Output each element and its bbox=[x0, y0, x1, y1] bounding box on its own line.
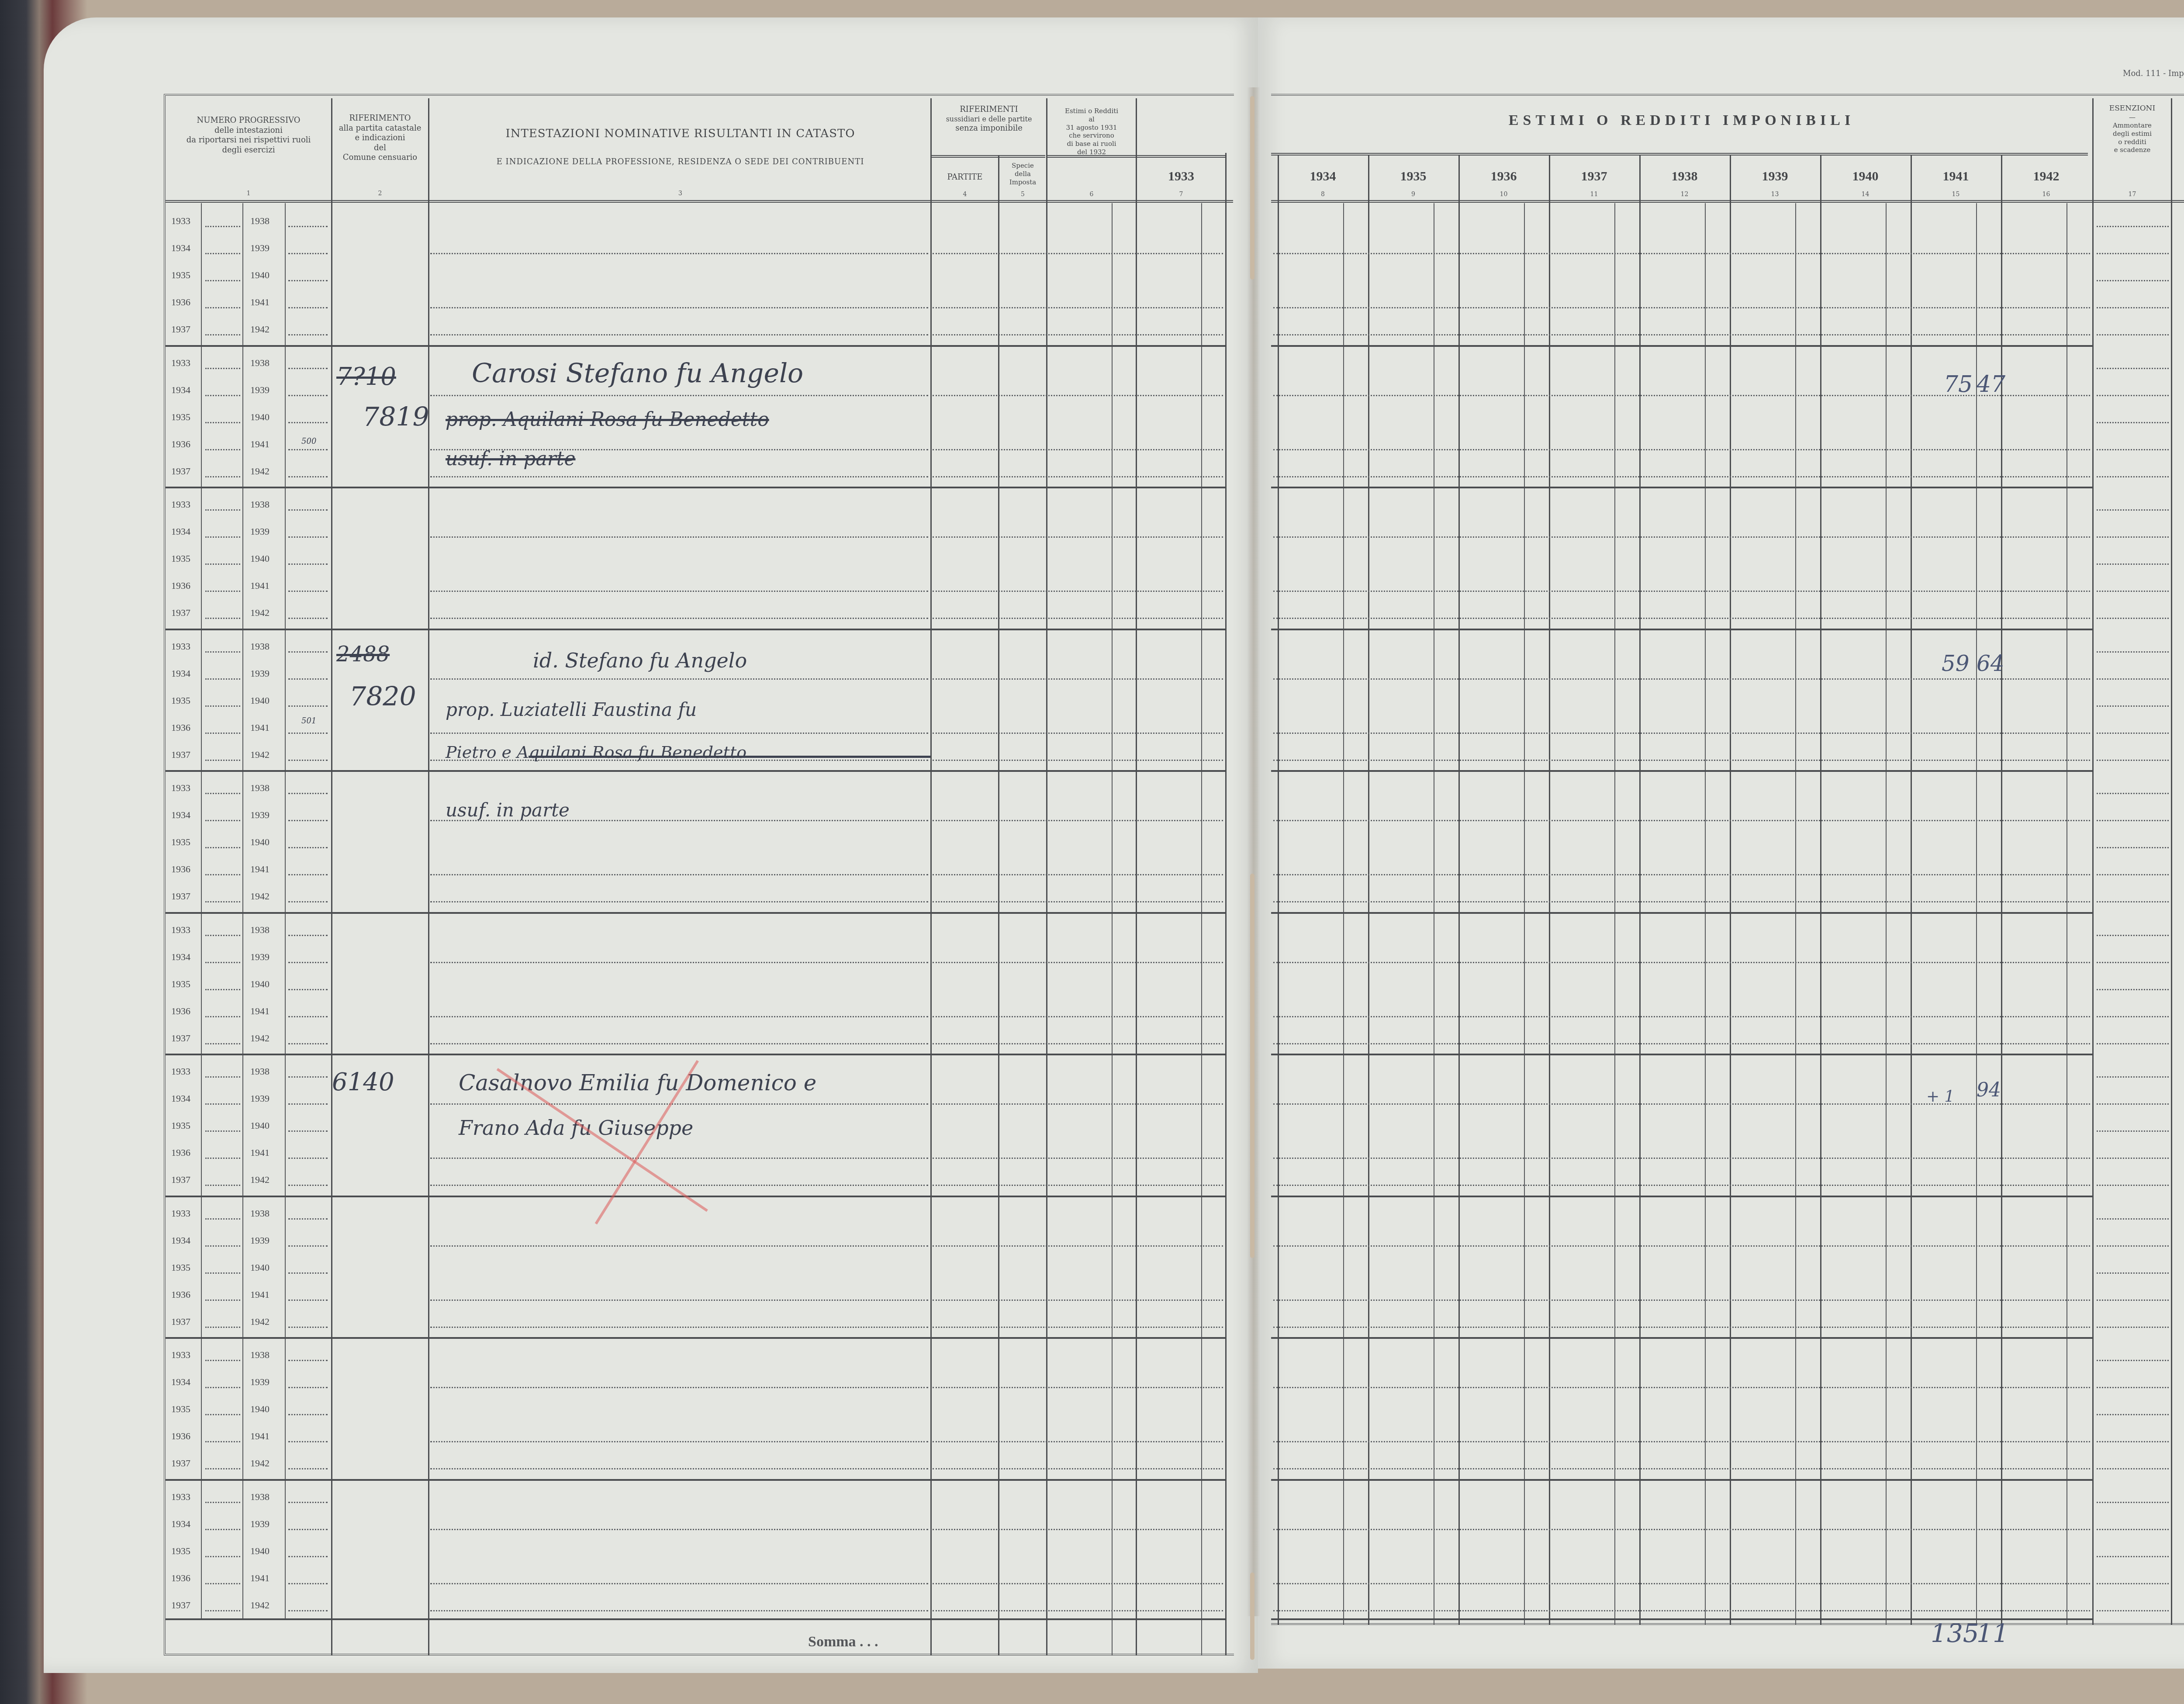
dotted-line bbox=[2097, 1185, 2169, 1186]
header-title: RIFERIMENTI bbox=[932, 105, 1046, 115]
dotted-line bbox=[2097, 618, 2169, 619]
dotted-line bbox=[288, 334, 328, 335]
dotted-line bbox=[2097, 1272, 2169, 1274]
dotted-line bbox=[1273, 1300, 2090, 1301]
year-label: 1937 bbox=[171, 607, 190, 619]
year-label: 1933 bbox=[171, 641, 190, 652]
dotted-line bbox=[2097, 280, 2169, 281]
dotted-line bbox=[1273, 1610, 2090, 1611]
col-divider bbox=[1795, 203, 1796, 1625]
dotted-line bbox=[933, 1158, 1223, 1159]
binding-stitch bbox=[1250, 874, 1254, 1258]
year-label: 1936 bbox=[171, 1006, 190, 1017]
dotted-line bbox=[205, 678, 240, 680]
col-divider bbox=[201, 203, 202, 1618]
dotted-line bbox=[933, 395, 1223, 396]
column-number: 6 bbox=[1047, 191, 1136, 198]
year-label: 1939 bbox=[250, 1518, 270, 1530]
block-rule bbox=[1271, 487, 2092, 488]
dotted-line bbox=[933, 1327, 1223, 1328]
dotted-line bbox=[288, 1610, 328, 1611]
header-intestazioni-subtitle: E INDICAZIONE DELLA PROFESSIONE, RESIDEN… bbox=[430, 157, 930, 167]
dotted-line bbox=[430, 1441, 928, 1442]
dotted-line bbox=[205, 368, 240, 369]
dotted-line bbox=[288, 1556, 328, 1557]
value-1941-lire: 59 bbox=[1942, 651, 1970, 676]
dotted-line bbox=[205, 449, 240, 450]
dotted-line bbox=[2097, 253, 2169, 254]
dotted-line bbox=[205, 226, 240, 227]
dotted-line bbox=[430, 1103, 928, 1105]
year-label: 1938 bbox=[250, 1491, 270, 1503]
dotted-line bbox=[933, 1103, 1223, 1105]
dotted-line bbox=[2097, 820, 2169, 821]
year-label: 1939 bbox=[250, 384, 270, 396]
dotted-line bbox=[288, 935, 328, 936]
year-label: 1939 bbox=[250, 1376, 270, 1388]
dotted-line bbox=[933, 1441, 1223, 1442]
dotted-line bbox=[205, 1218, 240, 1220]
dotted-line bbox=[2097, 793, 2169, 794]
year-label: 1934 bbox=[171, 1235, 190, 1246]
column-number: 4 bbox=[932, 191, 998, 198]
col-divider bbox=[1458, 155, 1460, 1625]
block-rule bbox=[165, 629, 1227, 630]
year-label: 1941 bbox=[250, 439, 270, 450]
dotted-line bbox=[2097, 733, 2169, 734]
year-label: 1937 bbox=[171, 891, 190, 902]
dotted-line bbox=[933, 760, 1223, 761]
header-year: 1938 bbox=[1639, 168, 1730, 185]
year-label: 1938 bbox=[250, 1349, 270, 1361]
year-label: 1942 bbox=[250, 1033, 270, 1044]
dotted-line bbox=[1273, 1327, 2090, 1328]
col-divider bbox=[1046, 98, 1047, 1656]
dotted-line bbox=[288, 1360, 328, 1361]
year-label: 1940 bbox=[250, 553, 270, 564]
dotted-line bbox=[205, 307, 240, 308]
year-label: 1934 bbox=[171, 242, 190, 254]
dotted-line bbox=[205, 563, 240, 565]
dotted-line bbox=[2097, 1529, 2169, 1530]
header-line: che servirono bbox=[1047, 131, 1136, 140]
year-label: 1936 bbox=[171, 1431, 190, 1442]
block-rule bbox=[1271, 912, 2092, 914]
col-divider bbox=[1705, 203, 1706, 1625]
col-divider bbox=[1820, 155, 1821, 1625]
header-line: delle intestazioni bbox=[166, 126, 331, 136]
col-divider bbox=[1368, 155, 1369, 1625]
header-specie-imposta: Specie della Imposta bbox=[999, 162, 1046, 186]
dotted-line bbox=[288, 395, 328, 396]
year-label: 1941 bbox=[250, 1289, 270, 1300]
binding-stitch bbox=[1250, 1573, 1254, 1660]
dotted-line bbox=[933, 874, 1223, 875]
dotted-line bbox=[288, 1043, 328, 1044]
col-divider bbox=[1730, 155, 1731, 1625]
right-table-frame bbox=[1271, 94, 2184, 1625]
header-line: al bbox=[1047, 115, 1136, 124]
year-label: 1937 bbox=[171, 466, 190, 477]
header-line: 31 agosto 1931 bbox=[1047, 124, 1136, 132]
dotted-line bbox=[2097, 935, 2169, 936]
col-divider bbox=[1911, 155, 1912, 1625]
dotted-line bbox=[205, 253, 240, 254]
dotted-line bbox=[205, 1016, 240, 1017]
total-1941-lire: 135 bbox=[1931, 1618, 1979, 1648]
dotted-line bbox=[2097, 1327, 2169, 1328]
dotted-line bbox=[288, 1158, 328, 1159]
taxpayer-name-line: usuf. in parte bbox=[446, 448, 576, 470]
dotted-line bbox=[1273, 618, 2090, 619]
header-subrule bbox=[932, 155, 1045, 158]
header-line: degli esercizi bbox=[166, 145, 331, 156]
year-label: 1938 bbox=[250, 924, 270, 936]
dotted-line bbox=[288, 847, 328, 848]
value-1941-cent: 64 bbox=[1977, 651, 2004, 676]
dotted-line bbox=[2097, 847, 2169, 848]
sum-label: Somma . . . bbox=[808, 1634, 878, 1650]
dotted-line bbox=[1273, 591, 2090, 592]
dotted-line bbox=[288, 733, 328, 734]
dotted-line bbox=[2097, 422, 2169, 423]
dotted-line bbox=[205, 1103, 240, 1105]
form-model-label: Mod. 111 - Imposte Dirette (Intercalare)… bbox=[2123, 69, 2184, 78]
dotted-line bbox=[205, 962, 240, 963]
dotted-line bbox=[205, 591, 240, 592]
dotted-line bbox=[430, 1583, 928, 1584]
dotted-line bbox=[1273, 1529, 2090, 1530]
header-year: 1935 bbox=[1368, 168, 1458, 185]
year-label: 1942 bbox=[250, 1458, 270, 1469]
col-divider bbox=[1278, 155, 1279, 1625]
dotted-line bbox=[933, 1468, 1223, 1469]
header-line: senza imponibile bbox=[932, 124, 1046, 134]
dotted-line bbox=[2097, 874, 2169, 875]
dotted-line bbox=[1273, 733, 2090, 734]
header-line: Estimi o Redditi bbox=[1047, 107, 1136, 115]
dotted-line bbox=[288, 1130, 328, 1132]
dotted-line bbox=[2097, 1502, 2169, 1503]
block-rule bbox=[1271, 345, 2092, 347]
col-divider bbox=[998, 155, 999, 1656]
dotted-line bbox=[205, 733, 240, 734]
dotted-line bbox=[430, 1468, 928, 1469]
sum-rule bbox=[165, 1618, 1227, 1620]
year-label: 1940 bbox=[250, 1262, 270, 1273]
column-number: 5 bbox=[999, 191, 1046, 198]
dotted-line bbox=[933, 449, 1223, 450]
value-1941-lire: 75 bbox=[1944, 371, 1973, 397]
dotted-line bbox=[2097, 509, 2169, 511]
dotted-line bbox=[205, 1245, 240, 1247]
col-divider bbox=[2171, 98, 2172, 1625]
year-label: 1933 bbox=[171, 1208, 190, 1219]
header-line: e scadenze bbox=[2094, 146, 2171, 154]
year-label: 1934 bbox=[171, 1093, 190, 1104]
year-label: 1935 bbox=[171, 553, 190, 564]
year-label: 1939 bbox=[250, 668, 270, 679]
dotted-line bbox=[288, 307, 328, 308]
year-label: 1941 bbox=[250, 580, 270, 591]
dotted-line bbox=[2097, 901, 2169, 902]
total-1941-cent: 11 bbox=[1977, 1618, 2009, 1648]
block-rule bbox=[165, 1479, 1227, 1481]
dotted-line bbox=[2097, 226, 2169, 227]
dotted-line bbox=[933, 591, 1223, 592]
header-annotazioni: ANNOTAZIONI bbox=[2172, 140, 2184, 153]
dotted-line bbox=[1273, 820, 2090, 821]
dotted-line bbox=[2097, 1158, 2169, 1159]
year-label: 1940 bbox=[250, 1545, 270, 1557]
dotted-line bbox=[933, 901, 1223, 902]
year-label: 1935 bbox=[171, 1545, 190, 1557]
header-numero-progressivo: NUMERO PROGRESSIVO delle intestazioni da… bbox=[166, 116, 331, 155]
dotted-line bbox=[288, 874, 328, 875]
dotted-line bbox=[205, 334, 240, 335]
dotted-line bbox=[205, 847, 240, 848]
dotted-line bbox=[1273, 1158, 2090, 1159]
dotted-line bbox=[1273, 901, 2090, 902]
block-rule bbox=[1271, 770, 2092, 772]
block-rule bbox=[165, 1337, 1227, 1339]
year-label: 1933 bbox=[171, 215, 190, 227]
year-label: 1937 bbox=[171, 1458, 190, 1469]
year-label: 1936 bbox=[171, 1147, 190, 1158]
year-label: 1938 bbox=[250, 782, 270, 794]
dotted-line bbox=[288, 422, 328, 423]
year-label: 1940 bbox=[250, 836, 270, 848]
col-divider bbox=[1549, 155, 1550, 1625]
dotted-line bbox=[205, 651, 240, 653]
dotted-line bbox=[1273, 1468, 2090, 1469]
catasto-ref-number: 6140 bbox=[332, 1068, 394, 1096]
header-title: RIFERIMENTO bbox=[332, 114, 428, 124]
year-label: 1941 bbox=[250, 1431, 270, 1442]
dotted-line bbox=[205, 422, 240, 423]
year-label: 1933 bbox=[171, 1349, 190, 1361]
taxpayer-name-line: prop. Aquilani Rosa fu Benedetto bbox=[446, 408, 769, 431]
header-line: di base ai ruoli bbox=[1047, 140, 1136, 148]
year-label: 1937 bbox=[171, 1174, 190, 1186]
year-label: 1933 bbox=[171, 499, 190, 510]
dotted-line bbox=[288, 368, 328, 369]
dotted-line bbox=[288, 591, 328, 592]
dotted-line bbox=[205, 1529, 240, 1530]
dotted-line bbox=[1273, 536, 2090, 538]
dotted-line bbox=[205, 1502, 240, 1503]
dotted-line bbox=[2097, 1414, 2169, 1415]
dotted-line bbox=[430, 874, 928, 875]
year-label: 1934 bbox=[171, 809, 190, 821]
header-year-1933: 1933 bbox=[1137, 168, 1225, 185]
header-riferimenti: RIFERIMENTI sussidiari e delle partite s… bbox=[932, 105, 1046, 133]
dotted-line bbox=[2097, 1076, 2169, 1078]
header-line: del 1932 bbox=[1047, 148, 1136, 156]
header-line: degli estimi bbox=[2094, 130, 2171, 138]
header-line: del bbox=[332, 143, 428, 153]
dotted-line bbox=[2097, 651, 2169, 653]
catasto-ref-number: 7819 bbox=[363, 402, 429, 432]
dotted-line bbox=[933, 307, 1223, 308]
dotted-line bbox=[288, 1468, 328, 1469]
year-label: 1940 bbox=[250, 270, 270, 281]
dotted-line bbox=[205, 935, 240, 936]
block-rule bbox=[165, 912, 1227, 914]
year-label: 1940 bbox=[250, 695, 270, 706]
dotted-line bbox=[1273, 1016, 2090, 1017]
year-label: 1936 bbox=[171, 297, 190, 308]
dotted-line bbox=[205, 760, 240, 761]
column-number: 17 bbox=[2094, 191, 2171, 198]
col-divider bbox=[428, 98, 429, 1656]
dotted-line bbox=[2097, 1360, 2169, 1361]
dotted-line bbox=[430, 733, 928, 734]
dotted-line bbox=[205, 1387, 240, 1388]
dotted-line bbox=[205, 1468, 240, 1469]
dotted-line bbox=[933, 678, 1223, 680]
dotted-line bbox=[933, 1245, 1223, 1247]
col-divider bbox=[1639, 155, 1641, 1625]
dotted-line bbox=[205, 1360, 240, 1361]
dotted-line bbox=[288, 1414, 328, 1415]
col-divider bbox=[331, 98, 332, 1656]
dotted-line bbox=[430, 1300, 928, 1301]
col-divider bbox=[930, 98, 932, 1656]
year-label: 1933 bbox=[171, 1491, 190, 1503]
year-label: 1942 bbox=[250, 466, 270, 477]
dotted-line bbox=[430, 334, 928, 335]
column-number: 2 bbox=[332, 190, 428, 197]
strike-through bbox=[529, 756, 930, 758]
dotted-line bbox=[205, 989, 240, 990]
header-estimi-redditi-imponibili: ESTIMI O REDDITI IMPONIBILI bbox=[1275, 111, 2088, 130]
taxpayer-name-line: id. Stefano fu Angelo bbox=[533, 649, 747, 672]
col-divider bbox=[2067, 203, 2067, 1625]
column-number: 8 bbox=[1278, 191, 1368, 198]
dotted-line bbox=[288, 509, 328, 511]
header-year: 1941 bbox=[1911, 168, 2001, 185]
value-1941-cent: 94 bbox=[1977, 1079, 2001, 1101]
dotted-line bbox=[205, 793, 240, 794]
dotted-line bbox=[933, 253, 1223, 254]
dotted-line bbox=[205, 618, 240, 619]
dotted-line bbox=[430, 307, 928, 308]
dotted-line bbox=[205, 874, 240, 875]
dotted-line bbox=[430, 962, 928, 963]
dotted-line bbox=[288, 1583, 328, 1584]
catasto-ref-number: 7820 bbox=[349, 681, 416, 712]
dotted-line bbox=[1273, 476, 2090, 477]
dotted-line bbox=[1273, 678, 2090, 680]
header-year: 1939 bbox=[1730, 168, 1820, 185]
dotted-line bbox=[933, 536, 1223, 538]
dotted-line bbox=[288, 1103, 328, 1105]
year-label: 1942 bbox=[250, 324, 270, 335]
year-label: 1936 bbox=[171, 580, 190, 591]
dotted-line bbox=[205, 1556, 240, 1557]
col-divider bbox=[1201, 203, 1202, 1656]
dotted-line bbox=[1273, 1245, 2090, 1247]
header-title: ESENZIONI bbox=[2094, 104, 2171, 113]
dotted-line bbox=[288, 563, 328, 565]
dotted-line bbox=[1273, 1103, 2090, 1105]
header-line: sussidiari e delle partite bbox=[932, 115, 1046, 124]
col-divider bbox=[1343, 203, 1344, 1625]
dotted-line bbox=[933, 1610, 1223, 1611]
year-label: 1935 bbox=[171, 836, 190, 848]
dotted-line bbox=[205, 1610, 240, 1611]
dotted-line bbox=[2097, 1441, 2169, 1442]
dotted-line bbox=[2097, 1245, 2169, 1247]
dotted-line bbox=[288, 1300, 328, 1301]
dotted-line bbox=[288, 962, 328, 963]
dotted-line bbox=[430, 618, 928, 619]
year-label: 1936 bbox=[171, 864, 190, 875]
year-label: 1942 bbox=[250, 1316, 270, 1327]
dotted-line bbox=[430, 591, 928, 592]
dotted-line bbox=[1273, 1387, 2090, 1388]
block-rule bbox=[165, 345, 1227, 347]
dotted-line bbox=[430, 1043, 928, 1044]
column-number: 15 bbox=[1911, 191, 2001, 198]
year-label: 1935 bbox=[171, 695, 190, 706]
header-intestazioni: INTESTAZIONI NOMINATIVE RISULTANTI IN CA… bbox=[430, 127, 930, 141]
dotted-line bbox=[288, 1441, 328, 1442]
dotted-line bbox=[430, 1158, 928, 1159]
header-line: Specie bbox=[999, 162, 1046, 170]
year-label: 1940 bbox=[250, 1120, 270, 1131]
header-line: o redditi bbox=[2094, 138, 2171, 146]
dotted-line bbox=[2097, 536, 2169, 538]
dotted-line bbox=[288, 1502, 328, 1503]
block-rule bbox=[1271, 1196, 2092, 1197]
dotted-line bbox=[2097, 591, 2169, 592]
year-label: 1939 bbox=[250, 1235, 270, 1246]
dotted-line bbox=[288, 618, 328, 619]
year-label: 1941 bbox=[250, 1573, 270, 1584]
year-label: 1942 bbox=[250, 891, 270, 902]
dotted-line bbox=[933, 618, 1223, 619]
dotted-line bbox=[2097, 1130, 2169, 1132]
dotted-line bbox=[205, 1185, 240, 1186]
dotted-line bbox=[2097, 449, 2169, 450]
column-number: 9 bbox=[1368, 191, 1458, 198]
dotted-line bbox=[288, 793, 328, 794]
header-line: da riportarsi nei rispettivi ruoli bbox=[166, 135, 331, 145]
taxpayer-name-line: usuf. in parte bbox=[446, 799, 570, 821]
header-line: Ammontare bbox=[2094, 121, 2171, 130]
dotted-line bbox=[933, 733, 1223, 734]
header-year: 1934 bbox=[1278, 168, 1368, 185]
header-rule bbox=[1271, 200, 2184, 203]
dotted-line bbox=[1273, 874, 2090, 875]
header-estimi-1931: Estimi o Redditi al 31 agosto 1931 che s… bbox=[1047, 107, 1136, 156]
year-label: 1938 bbox=[250, 357, 270, 369]
dotted-line bbox=[288, 253, 328, 254]
col-divider bbox=[285, 203, 286, 1618]
year-label: 1941 bbox=[250, 1006, 270, 1017]
dotted-line bbox=[288, 760, 328, 761]
col-divider bbox=[1886, 203, 1887, 1625]
col-divider bbox=[2092, 98, 2094, 1625]
dotted-line bbox=[1273, 1185, 2090, 1186]
column-number: 11 bbox=[1549, 191, 1639, 198]
dotted-line bbox=[2097, 989, 2169, 990]
book-spine bbox=[1247, 87, 1260, 1616]
year-label: 1936 bbox=[171, 439, 190, 450]
block-rule bbox=[1271, 629, 2092, 630]
